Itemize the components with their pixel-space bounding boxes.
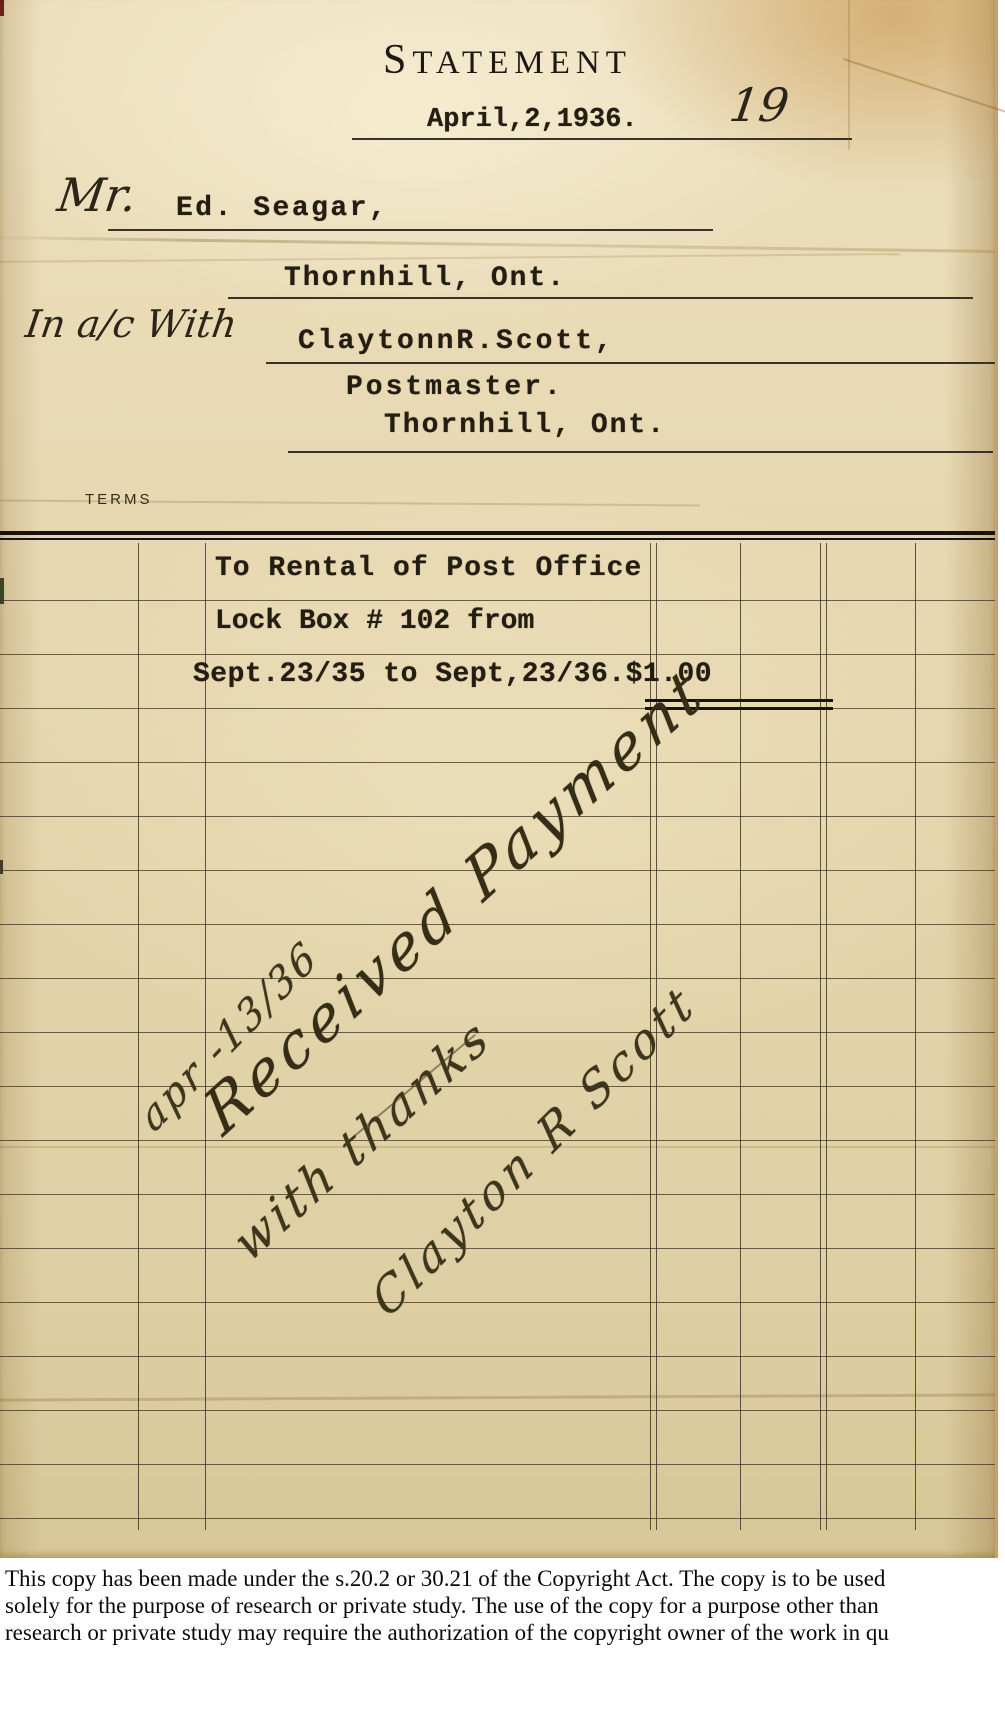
table-vline: [820, 543, 821, 1530]
ledger-entry-line: To Rental of Post Office: [215, 553, 642, 584]
recipient-address: Thornhill, Ont.: [284, 263, 566, 294]
salutation: Mr.: [54, 168, 140, 222]
table-top-rule-thin: [0, 538, 995, 540]
account-with-name: ClaytonnR.Scott,: [298, 326, 615, 357]
copyright-notice-line: research or private study may require th…: [5, 1620, 889, 1646]
account-with-label: In a/c With: [23, 302, 240, 346]
table-vline: [826, 543, 827, 1530]
account-underline: [266, 362, 995, 364]
address-underline: [228, 297, 973, 299]
recipient-name: Ed. Seagar,: [176, 193, 388, 224]
statement-title-rest: TATEMENT: [412, 45, 632, 81]
account-address-underline: [288, 451, 993, 453]
scanned-statement-document: STATEMENT April,2,1936. 19 Mr. Ed. Seaga…: [0, 0, 1005, 1732]
statement-title-initial: S: [383, 37, 412, 83]
recipient-underline: [108, 229, 713, 231]
ledger-entry-line: Sept.23/35 to Sept,23/36.$1.00: [193, 659, 712, 690]
copyright-notice-line: solely for the purpose of research or pr…: [5, 1593, 879, 1619]
statement-title: STATEMENT: [383, 36, 632, 84]
copyright-notice-line: This copy has been made under the s.20.2…: [5, 1566, 885, 1592]
table-top-rule-thick: [0, 531, 995, 535]
account-with-address: Thornhill, Ont.: [384, 410, 666, 441]
table-vline: [138, 543, 139, 1530]
typed-date: April,2,1936.: [427, 105, 638, 135]
preprinted-year: 19: [726, 78, 792, 132]
account-with-role: Postmaster.: [346, 372, 564, 403]
terms-label: TERMS: [85, 491, 153, 508]
table-row-lines: [0, 547, 995, 1532]
date-underline: [352, 138, 852, 140]
ledger-entry-line: Lock Box # 102 from: [215, 606, 534, 637]
table-vline: [915, 543, 916, 1530]
scan-artifact: [0, 0, 4, 16]
table-vline: [740, 543, 741, 1530]
